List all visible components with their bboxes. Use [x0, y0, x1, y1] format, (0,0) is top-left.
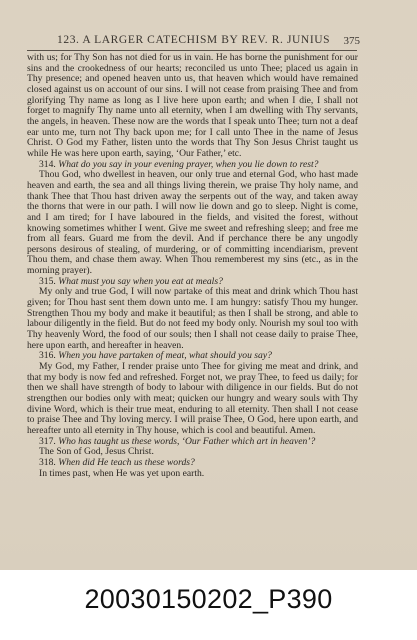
question-number: 314. [39, 159, 56, 170]
question-number: 317. [39, 436, 56, 447]
question-number: 318. [39, 457, 56, 468]
question-text: Who has taught us these words, ‘Our Fath… [58, 436, 315, 447]
page-number: 375 [344, 35, 361, 47]
header-rule [27, 50, 357, 51]
question-number: 316. [39, 350, 56, 361]
answer-315: My only and true God, I will now partake… [27, 287, 358, 351]
question-text: What do you say in your evening prayer, … [58, 159, 318, 170]
question-text: What must you say when you eat at meals? [58, 276, 223, 287]
page-body: with us; for Thy Son has not died for us… [27, 53, 358, 479]
question-text: When you have partaken of meat, what sho… [58, 350, 272, 361]
question-318: 318. When did He teach us these words? [27, 458, 358, 469]
question-number: 315. [39, 276, 56, 287]
question-text: When did He teach us these words? [58, 457, 195, 468]
answer-316: My God, my Father, I render praise unto … [27, 362, 358, 437]
book-page: 123. A LARGER CATECHISM BY REV. R. JUNIU… [0, 0, 417, 570]
answer-318: In times past, when He was yet upon eart… [27, 469, 358, 480]
paragraph-continuation: with us; for Thy Son has not died for us… [27, 53, 358, 160]
answer-314: Thou God, who dwellest in heaven, our on… [27, 170, 358, 277]
image-caption: 20030150202_P390 [0, 584, 417, 615]
running-title: 123. A LARGER CATECHISM BY REV. R. JUNIU… [57, 34, 330, 46]
